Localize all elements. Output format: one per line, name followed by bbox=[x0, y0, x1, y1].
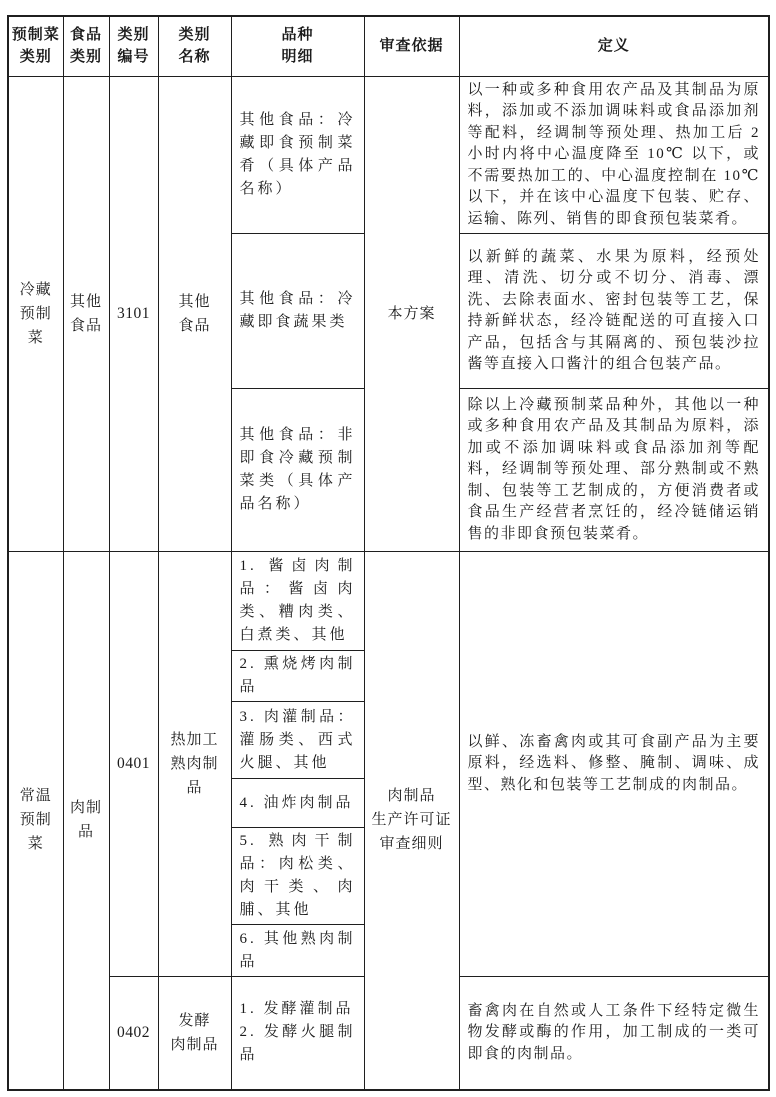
cell-definition-chilled-ready-produce: 以新鲜的蔬菜、水果为原料，经预处理、清洗、切分或不切分、消毒、漂洗、去除表面水、… bbox=[459, 234, 769, 389]
cell-prepared-category-ambient: 常温 预制菜 bbox=[8, 552, 63, 1090]
table-row: 常温 预制菜 肉制 品 0401 热加工 熟肉制品 1. 酱卤肉制品：酱卤肉类、… bbox=[8, 552, 769, 651]
document-page: 预制菜 类别 食品 类别 类别 编号 类别 名称 品种 明细 审查依据 定义 冷… bbox=[7, 15, 770, 1091]
cell-name-other-food: 其他 食品 bbox=[158, 76, 231, 552]
cell-review-basis-this-plan: 本方案 bbox=[364, 76, 459, 552]
cell-variety-chilled-ready-produce: 其他食品：冷藏即食蔬果类 bbox=[231, 234, 364, 389]
cell-variety-fermented-meat: 1. 发酵灌制品 2. 发酵火腿制品 bbox=[231, 977, 364, 1090]
cell-food-category-other: 其他 食品 bbox=[63, 76, 109, 552]
cell-name-fermented-meat: 发酵 肉制品 bbox=[158, 977, 231, 1090]
cell-code-0402: 0402 bbox=[109, 977, 158, 1090]
header-prepared-dish-category: 预制菜 类别 bbox=[8, 16, 63, 76]
cell-prepared-category-cold: 冷藏 预制菜 bbox=[8, 76, 63, 552]
header-variety-detail: 品种 明细 bbox=[231, 16, 364, 76]
table-row: 冷藏 预制菜 其他 食品 3101 其他 食品 其他食品：冷藏即食预制菜肴（具体… bbox=[8, 76, 769, 234]
cell-definition-fermented-meat: 畜禽肉在自然或人工条件下经特定微生物发酵或酶的作用，加工制成的一类可即食的肉制品… bbox=[459, 977, 769, 1090]
cell-review-basis-meat-license-rules: 肉制品 生产许可证 审查细则 bbox=[364, 552, 459, 1090]
cell-variety-other-cooked-meat: 6. 其他熟肉制品 bbox=[231, 925, 364, 977]
classification-table: 预制菜 类别 食品 类别 类别 编号 类别 名称 品种 明细 审查依据 定义 冷… bbox=[7, 15, 770, 1091]
cell-variety-braised-meat: 1. 酱卤肉制品：酱卤肉类、糟肉类、白煮类、其他 bbox=[231, 552, 364, 651]
cell-code-3101: 3101 bbox=[109, 76, 158, 552]
cell-definition-chilled-ready-dish: 以一种或多种食用农产品及其制品为原料，添加或不添加调味料或食品添加剂等配料，经调… bbox=[459, 76, 769, 234]
cell-variety-fried-meat: 4. 油炸肉制品 bbox=[231, 779, 364, 828]
cell-variety-sausage-products: 3. 肉灌制品：灌肠类、西式火腿、其他 bbox=[231, 702, 364, 779]
cell-code-0401: 0401 bbox=[109, 552, 158, 977]
header-review-basis: 审查依据 bbox=[364, 16, 459, 76]
cell-variety-dried-cooked-meat: 5. 熟肉干制品：肉松类、肉干类、肉脯、其他 bbox=[231, 828, 364, 925]
header-food-category: 食品 类别 bbox=[63, 16, 109, 76]
header-definition: 定义 bbox=[459, 16, 769, 76]
cell-definition-non-ready-chilled: 除以上冷藏预制菜品种外，其他以一种或多种食用农产品及其制品为原料，添加或不添加调… bbox=[459, 389, 769, 552]
header-category-code: 类别 编号 bbox=[109, 16, 158, 76]
header-row: 预制菜 类别 食品 类别 类别 编号 类别 名称 品种 明细 审查依据 定义 bbox=[8, 16, 769, 76]
cell-variety-smoked-roasted-meat: 2. 熏烧烤肉制品 bbox=[231, 651, 364, 702]
cell-variety-chilled-ready-dish: 其他食品：冷藏即食预制菜肴（具体产品名称） bbox=[231, 76, 364, 234]
cell-variety-non-ready-chilled: 其他食品：非即食冷藏预制菜类（具体产品名称） bbox=[231, 389, 364, 552]
cell-food-category-meat: 肉制 品 bbox=[63, 552, 109, 1090]
header-category-name: 类别 名称 bbox=[158, 16, 231, 76]
cell-definition-heated-cooked-meat: 以鲜、冻畜禽肉或其可食副产品为主要原料，经选料、修整、腌制、调味、成型、熟化和包… bbox=[459, 552, 769, 977]
cell-name-heated-cooked-meat: 热加工 熟肉制品 bbox=[158, 552, 231, 977]
